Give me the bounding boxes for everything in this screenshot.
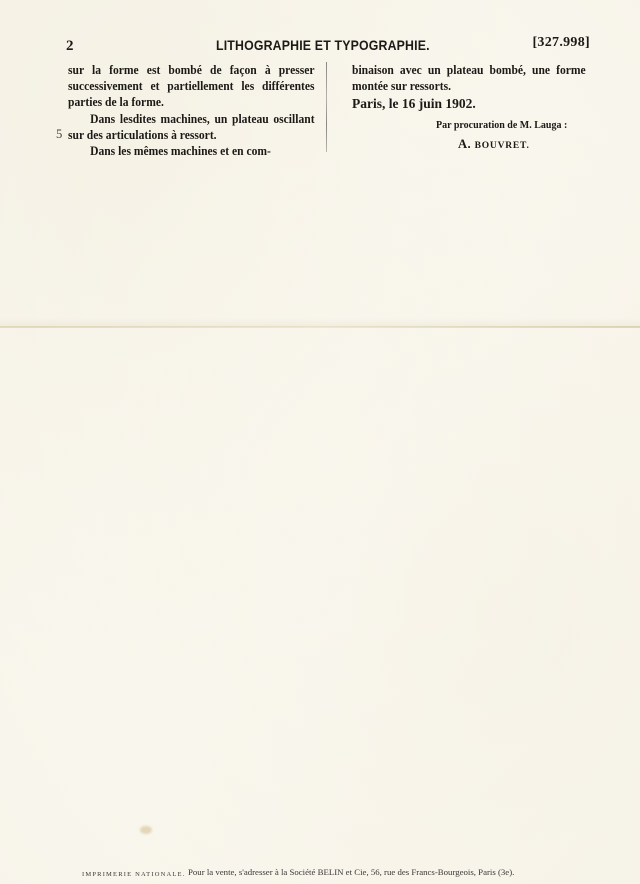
patent-number: [327.998] bbox=[532, 35, 590, 51]
running-title: LITHOGRAPHIE ET TYPOGRAPHIE. bbox=[216, 37, 430, 53]
signatory-surname: BOUVRET. bbox=[475, 141, 530, 151]
place-date: Paris, le 16 juin 1902. bbox=[352, 96, 476, 112]
page-footer: IMPRIMERIE NATIONALE. Pour la vente, s'a… bbox=[82, 868, 622, 878]
right-column: binaison avec un plateau bombé, une form… bbox=[352, 62, 586, 94]
proxy-line: Par procuration de M. Lauga : bbox=[436, 120, 567, 131]
paragraph: sur la forme est bombé de façon à presse… bbox=[68, 62, 315, 111]
column-divider bbox=[326, 62, 327, 152]
signatory-initial: A. bbox=[458, 137, 475, 151]
page-number: 2 bbox=[66, 38, 74, 55]
paragraph: binaison avec un plateau bombé, une form… bbox=[352, 62, 586, 94]
paper-stain bbox=[140, 826, 152, 834]
paragraph: Dans les mêmes machines et en com- bbox=[68, 143, 315, 159]
paragraph: Dans lesdites machines, un plateau oscil… bbox=[68, 111, 315, 143]
printer-imprint: IMPRIMERIE NATIONALE. bbox=[82, 871, 186, 878]
signatory: A. BOUVRET. bbox=[458, 137, 530, 152]
page-header: 2 LITHOGRAPHIE ET TYPOGRAPHIE. [327.998] bbox=[66, 34, 586, 54]
line-number-marker: 5 bbox=[56, 127, 62, 142]
paper-fold-line bbox=[0, 326, 640, 328]
sales-notice: Pour la vente, s'adresser à la Société B… bbox=[188, 867, 514, 877]
left-column: sur la forme est bombé de façon à presse… bbox=[68, 62, 315, 159]
